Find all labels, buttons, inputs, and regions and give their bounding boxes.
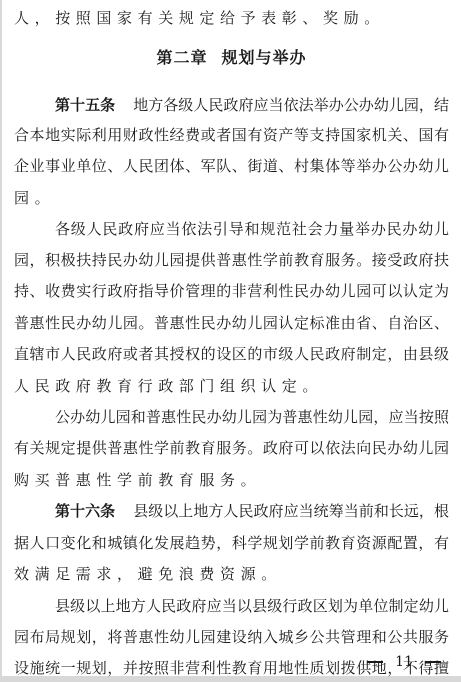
chapter-heading: 第二章规划与举办 (2, 48, 461, 68)
text-line: 企业事业单位、人民团体、军队、街道、村集体等举办公办幼儿 (14, 156, 449, 176)
page-number-value: 11 (395, 653, 413, 671)
text-line: 园布局规划，将普惠性幼儿园建设纳入城乡公共管理和公共服务 (14, 627, 449, 647)
document-page: 第二章规划与举办 人，按照国家有关规定给予表彰、奖励。第十五条地方各级人民政府应… (2, 0, 461, 676)
line-text: 公办幼儿园和普惠性民办幼儿园为普惠性幼儿园，应当按照 (55, 408, 449, 426)
line-text: 园。 (14, 189, 55, 207)
line-text: 各级人民政府应当依法引导和规范社会力量举办民办幼儿 (55, 220, 449, 238)
line-text: 人民政府教育行政部门组织认定。 (14, 377, 323, 395)
text-line: 普惠性民办幼儿园。普惠性民办幼儿园认定标准由省、自治区、 (14, 313, 449, 333)
text-line: 有关规定提供普惠性学前教育服务。政府可以依法向民办幼儿园 (14, 438, 449, 458)
text-line: 县级以上地方人民政府应当以县级行政区划为单位制定幼儿 (14, 596, 449, 616)
text-line: 园。 (14, 188, 449, 208)
dash-right (425, 661, 441, 663)
text-line: 人，按照国家有关规定给予表彰、奖励。 (14, 8, 449, 28)
text-line: 园，积极扶持民办幼儿园提供普惠性学前教育服务。接受政府扶 (14, 250, 449, 270)
line-text: 企业事业单位、人民团体、军队、街道、村集体等举办公办幼儿 (14, 157, 449, 175)
text-line: 直辖市人民政府或者其授权的设区的市级人民政府制定，由县级 (14, 344, 449, 364)
article-line: 第十五条地方各级人民政府应当依法举办公办幼儿园，结 (14, 95, 449, 115)
text-line: 合本地实际利用财政性经费或者国有资产等支持国家机关、国有 (14, 125, 449, 145)
line-text: 效满足需求，避免浪费资源。 (14, 565, 282, 583)
chapter-title: 规划与举办 (222, 48, 307, 67)
line-text: 持、收费实行政府指导价管理的非营利性民办幼儿园可以认定为 (14, 282, 449, 300)
line-text: 园布局规划，将普惠性幼儿园建设纳入城乡公共管理和公共服务 (14, 628, 449, 646)
line-text: 地方各级人民政府应当依法举办公办幼儿园，结 (133, 96, 449, 114)
text-line: 公办幼儿园和普惠性民办幼儿园为普惠性幼儿园，应当按照 (14, 407, 449, 427)
page-number: 11 (367, 653, 441, 671)
line-text: 合本地实际利用财政性经费或者国有资产等支持国家机关、国有 (14, 126, 449, 144)
line-text: 人，按照国家有关规定给予表彰、奖励。 (14, 9, 385, 27)
text-line: 购买普惠性学前教育服务。 (14, 470, 449, 490)
line-text: 县级以上地方人民政府应当统筹当前和长远，根 (133, 502, 449, 520)
line-text: 直辖市人民政府或者其授权的设区的市级人民政府制定，由县级 (14, 345, 449, 363)
article-number: 第十六条 (55, 502, 115, 520)
text-line: 人民政府教育行政部门组织认定。 (14, 376, 449, 396)
line-text: 有关规定提供普惠性学前教育服务。政府可以依法向民办幼儿园 (14, 439, 449, 457)
text-line: 据人口变化和城镇化发展趋势，科学规划学前教育资源配置，有 (14, 533, 449, 553)
line-text: 普惠性民办幼儿园。普惠性民办幼儿园认定标准由省、自治区、 (14, 314, 449, 332)
text-line: 效满足需求，避免浪费资源。 (14, 564, 449, 584)
text-line: 持、收费实行政府指导价管理的非营利性民办幼儿园可以认定为 (14, 281, 449, 301)
article-line: 第十六条县级以上地方人民政府应当统筹当前和长远，根 (14, 501, 449, 521)
line-text: 据人口变化和城镇化发展趋势，科学规划学前教育资源配置，有 (14, 534, 449, 552)
text-line: 各级人民政府应当依法引导和规范社会力量举办民办幼儿 (14, 219, 449, 239)
line-text: 园，积极扶持民办幼儿园提供普惠性学前教育服务。接受政府扶 (14, 251, 449, 269)
line-text: 购买普惠性学前教育服务。 (14, 471, 261, 489)
chapter-number: 第二章 (156, 48, 207, 67)
article-number: 第十五条 (55, 96, 115, 114)
line-text: 县级以上地方人民政府应当以县级行政区划为单位制定幼儿 (55, 597, 449, 615)
dash-left (367, 661, 383, 663)
